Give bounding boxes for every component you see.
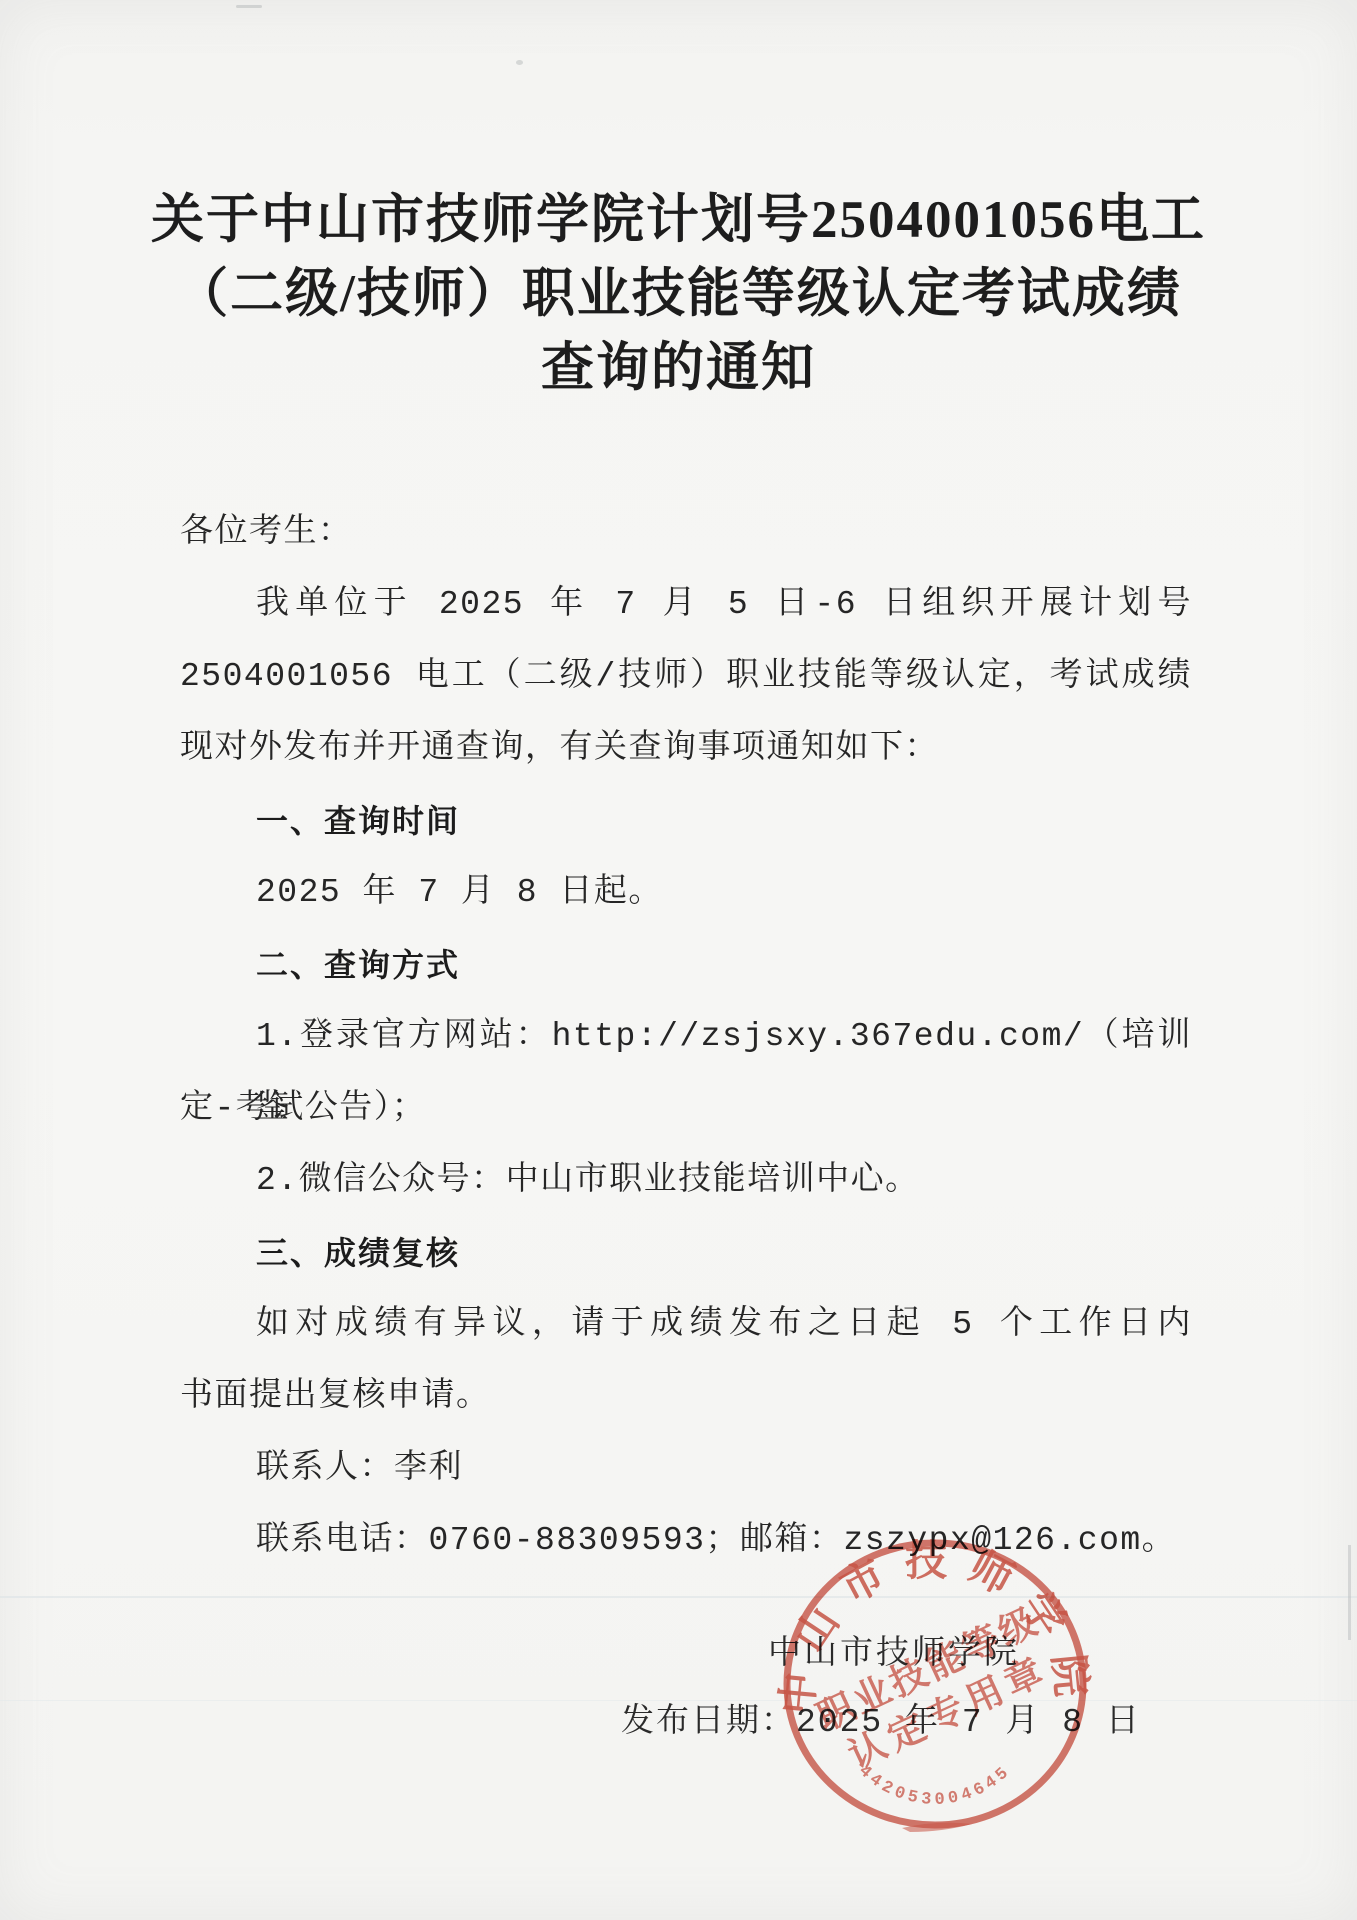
greeting-line: 各位考生： [180,497,1192,569]
section-heading: 一、查询时间 [180,785,1192,857]
seal-rim-circle [787,1543,1083,1825]
body-line: 1.登录官方网站：http://zsjsxy.367edu.com/（培训鉴 [180,1001,1192,1073]
publish-date: 发布日期：2025 年 7 月 8 日 [621,1699,1141,1747]
official-seal: 中山市技师学院 职业技能等级 认定专用章 442053004645 [772,1532,1098,1838]
body-line: 2504001056 电工（二级/技师）职业技能等级认定，考试成绩 [180,641,1192,713]
body-line: 定-考试公告）； [180,1073,1192,1145]
seal-center-rows: 职业技能等级 认定专用章 [810,1599,1066,1783]
contact-person-line: 联系人：李利 [180,1433,1192,1505]
title-line: 查询的通知 [70,331,1287,405]
body-line: 2.微信公众号：中山市职业技能培训中心。 [180,1145,1192,1217]
body-line: 如对成绩有异议，请于成绩发布之日起 5 个工作日内 [180,1289,1192,1361]
scan-streak [0,1596,1357,1598]
document-page: 关于中山市技师学院计划号2504001056电工 （二级/技师）职业技能等级认定… [0,0,1357,1920]
contact-phone-line: 联系电话：0760-88309593；邮箱：zszypx@126.com。 [180,1505,1192,1577]
body-line: 书面提出复核申请。 [180,1361,1192,1433]
section-heading: 二、查询方式 [180,929,1192,1001]
body-line: 2025 年 7 月 8 日起。 [180,857,1192,929]
seal-code-text: 442053004645 [854,1762,1015,1810]
title-line: （二级/技师）职业技能等级认定考试成绩 [70,257,1287,331]
title-line: 关于中山市技师学院计划号2504001056电工 [70,183,1287,257]
scan-speck [236,5,262,8]
document-title: 关于中山市技师学院计划号2504001056电工 （二级/技师）职业技能等级认定… [70,183,1287,405]
body-line: 我单位于 2025 年 7 月 5 日-6 日组织开展计划号 [180,569,1192,641]
scan-edge-mark [1348,1545,1351,1640]
section-heading: 三、成绩复核 [180,1217,1192,1289]
seal-ink-smudge [902,1823,972,1832]
document-body: 各位考生： 我单位于 2025 年 7 月 5 日-6 日组织开展计划号 250… [180,497,1192,1577]
body-line: 现对外发布并开通查询，有关查询事项通知如下： [180,713,1192,785]
signature-organization: 中山市技师学院 [768,1631,1020,1679]
seal-code-textpath: 442053004645 [854,1762,1015,1810]
scan-speck [516,60,523,65]
